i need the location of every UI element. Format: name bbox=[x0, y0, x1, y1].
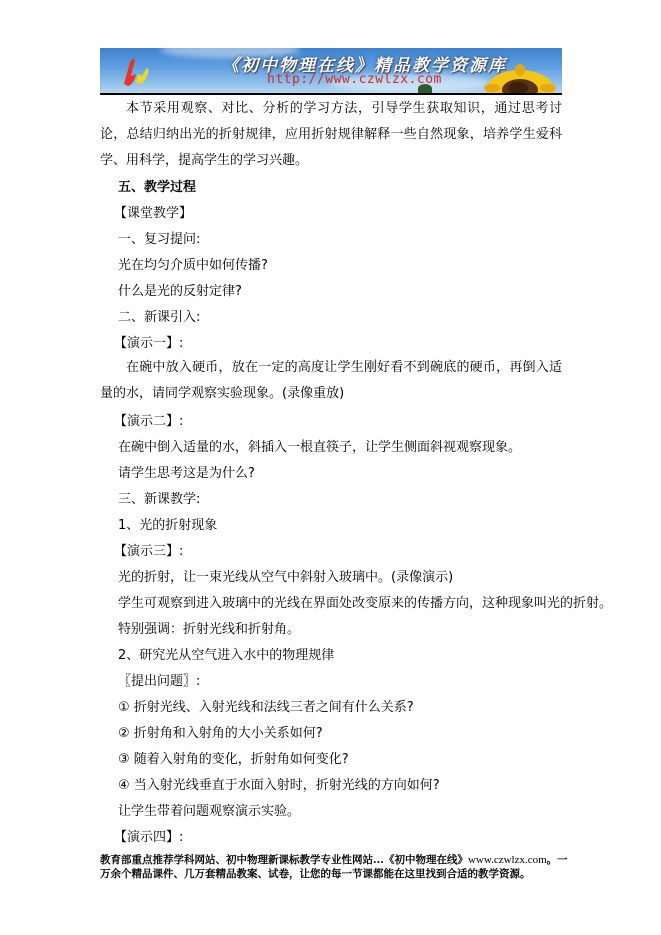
intro-paragraph: 本节采用观察、对比、分析的学习方法，引导学生获取知识，通过思考讨论，总结归纳出光… bbox=[100, 96, 562, 174]
text-line: 【演示三】: bbox=[114, 544, 183, 560]
text-line: 〖提出问题〗: bbox=[118, 674, 200, 690]
banner-url: http://www.czwlzx.com bbox=[267, 72, 442, 87]
text-line: 特别强调：折射光线和折射角。 bbox=[118, 622, 300, 638]
page-footer: 教育部重点推荐学科网站、初中物理新课标教学专业性网站...《初中物理在线》www… bbox=[100, 853, 570, 881]
section-heading: 五、教学过程 bbox=[118, 180, 196, 196]
text-line: 二、新课引入: bbox=[118, 310, 200, 326]
question-item: ① 折射光线、入射光线和法线三者之间有什么关系? bbox=[118, 700, 414, 716]
text-line: 光的折射，让一束光线从空气中斜射入玻璃中。(录像演示) bbox=[118, 570, 453, 586]
question-item: ③ 随着入射角的变化，折射角如何变化? bbox=[118, 752, 349, 768]
text-line: 请学生思考这是为什么? bbox=[118, 466, 255, 482]
question-item: ② 折射角和入射角的大小关系如何? bbox=[118, 726, 323, 742]
text-line: 光在均匀介质中如何传播? bbox=[118, 258, 268, 274]
site-banner: 《初中物理在线》精品教学资源库 http://www.czwlzx.com bbox=[100, 48, 562, 93]
sunflower-icon bbox=[480, 58, 560, 93]
footer-link[interactable]: www.czwlzx.com bbox=[468, 854, 547, 866]
leaf-decoration bbox=[418, 84, 432, 93]
site-logo-icon bbox=[114, 54, 154, 90]
demo1-paragraph: 在碗中放入硬币，放在一定的高度让学生刚好看不到碗底的硬币，再倒入适量的水，请同学… bbox=[100, 355, 562, 407]
text-line: 让学生带着问题观察演示实验。 bbox=[118, 804, 300, 820]
text-line: 1、光的折射现象 bbox=[118, 518, 217, 534]
text-line: 【演示二】: bbox=[114, 414, 183, 430]
banner-divider bbox=[100, 93, 562, 95]
text-line: 在碗中倒入适量的水，斜插入一根直筷子，让学生侧面斜视观察现象。 bbox=[118, 440, 521, 456]
text-line: 【演示四】: bbox=[114, 830, 183, 846]
text-line: 2、研究光从空气进入水中的物理规律 bbox=[118, 648, 334, 664]
text-line: 【演示一】: bbox=[114, 336, 183, 352]
text-line: 学生可观察到进入玻璃中的光线在界面处改变原来的传播方向，这种现象叫光的折射。 bbox=[118, 596, 612, 612]
question-item: ④ 当入射光线垂直于水面入射时，折射光线的方向如何? bbox=[118, 778, 440, 794]
text-line: 【课堂教学】 bbox=[114, 206, 192, 222]
text-line: 一、复习提问: bbox=[118, 232, 200, 248]
footer-text: 教育部重点推荐学科网站、初中物理新课标教学专业性网站...《初中物理在线》 bbox=[100, 854, 468, 866]
text-line: 三、新课教学: bbox=[118, 492, 200, 508]
text-line: 什么是光的反射定律? bbox=[118, 284, 242, 300]
